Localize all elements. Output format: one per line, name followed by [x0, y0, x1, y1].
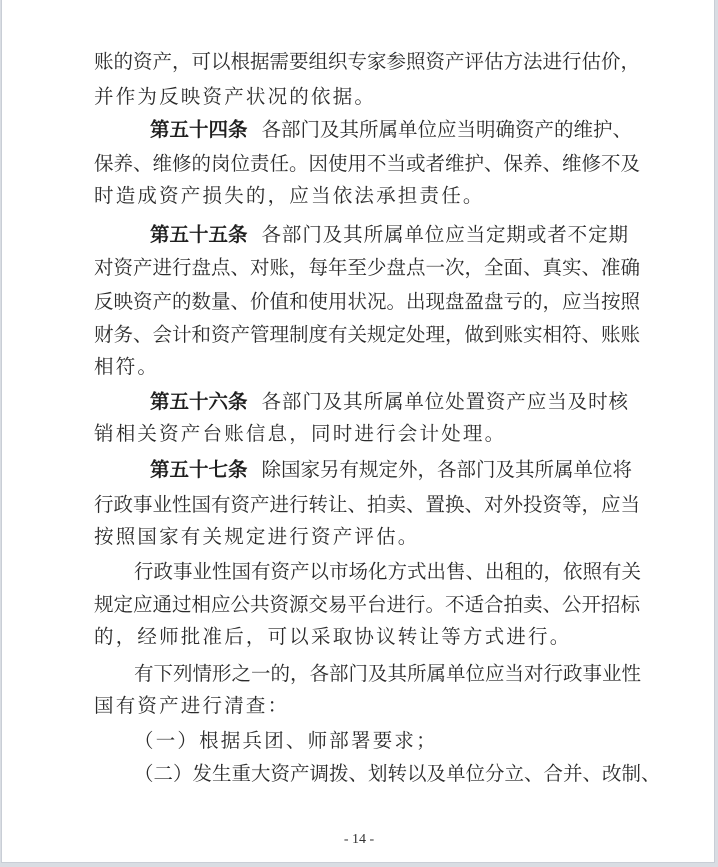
article-57-heading-line: 第五十七条除国家另有规定外，各部门及其所属单位将 [150, 458, 628, 482]
text-line: 账的资产，可以根据需要组织专家参照资产评估方法进行估价， [94, 50, 628, 74]
article-number: 第五十六条 [150, 390, 248, 414]
line-text: 并作为反映资产状况的依据。 [94, 85, 376, 108]
text-line: 规定应通过相应公共资源交易平台进行。不适合拍卖、公开招标 [94, 593, 628, 617]
list-item-1: （一）根据兵团、师部署要求； [134, 729, 628, 753]
line-text: 行政事业性国有资产进行转让、拍卖、置换、对外投资等，应当 [94, 493, 640, 516]
text-line: 对资产进行盘点、对账，每年至少盘点一次，全面、真实、准确 [94, 256, 628, 280]
line-text: 各部门及其所属单位应当明确资产的维护、 [262, 118, 633, 142]
line-text: 除国家另有规定外，各部门及其所属单位将 [262, 458, 633, 482]
line-text: （二）发生重大资产调拨、划转以及单位分立、合并、改制、 [134, 762, 661, 785]
line-text: 各部门及其所属单位处置资产应当及时核 [262, 390, 628, 414]
text-line: 行政事业性国有资产以市场化方式出售、出租的，依照有关 [134, 560, 628, 584]
text-line: 行政事业性国有资产进行转让、拍卖、置换、对外投资等，应当 [94, 493, 628, 517]
line-text: 有下列情形之一的，各部门及其所属单位应当对行政事业性 [134, 662, 641, 685]
text-line: 保养、维修的岗位责任。因使用不当或者维护、保养、维修不及 [94, 152, 628, 176]
line-text: 时造成资产损失的，应当依法承担责任。 [94, 184, 485, 207]
document-page: 账的资产，可以根据需要组织专家参照资产评估方法进行估价， 并作为反映资产状况的依… [1, 0, 715, 863]
article-56-heading-line: 第五十六条各部门及其所属单位处置资产应当及时核 [150, 390, 628, 414]
page-number: - 14 - [2, 832, 716, 848]
article-number: 第五十五条 [150, 223, 248, 247]
line-text: 国有资产进行清查： [94, 694, 289, 717]
line-text: 行政事业性国有资产以市场化方式出售、出租的，依照有关 [134, 560, 641, 583]
line-text: 销相关资产台账信息，同时进行会计处理。 [94, 422, 506, 445]
text-line: 财务、会计和资产管理制度有关规定处理，做到账实相符、账账 [94, 323, 628, 347]
line-text: 对资产进行盘点、对账，每年至少盘点一次，全面、真实、准确 [94, 256, 640, 279]
list-item-2: （二）发生重大资产调拨、划转以及单位分立、合并、改制、 [134, 762, 628, 786]
line-text: 按照国家有关规定进行资产评估。 [94, 525, 420, 548]
line-text: （一）根据兵团、师部署要求； [134, 729, 438, 752]
text-line: 销相关资产台账信息，同时进行会计处理。 [94, 422, 628, 446]
article-number: 第五十四条 [150, 118, 248, 142]
line-text: 相符。 [94, 355, 159, 378]
line-text: 各部门及其所属单位应当定期或者不定期 [262, 223, 628, 247]
text-line: 时造成资产损失的，应当依法承担责任。 [94, 184, 628, 208]
line-text: 的，经师批准后，可以采取协议转让等方式进行。 [94, 625, 571, 648]
text-line: 并作为反映资产状况的依据。 [94, 85, 628, 109]
article-number: 第五十七条 [150, 458, 248, 482]
line-text: 规定应通过相应公共资源交易平台进行。不适合拍卖、公开招标 [94, 593, 640, 616]
text-line: 相符。 [94, 355, 628, 379]
article-55-heading-line: 第五十五条各部门及其所属单位应当定期或者不定期 [150, 223, 628, 247]
text-line: 反映资产的数量、价值和使用状况。出现盘盈盘亏的，应当按照 [94, 290, 628, 314]
line-text: 财务、会计和资产管理制度有关规定处理，做到账实相符、账账 [94, 323, 640, 346]
text-line: 有下列情形之一的，各部门及其所属单位应当对行政事业性 [134, 662, 628, 686]
line-text: 反映资产的数量、价值和使用状况。出现盘盈盘亏的，应当按照 [94, 290, 640, 313]
text-line: 国有资产进行清查： [94, 694, 628, 718]
text-line: 按照国家有关规定进行资产评估。 [94, 525, 628, 549]
line-text: 账的资产，可以根据需要组织专家参照资产评估方法进行估价， [94, 50, 640, 73]
text-line: 的，经师批准后，可以采取协议转让等方式进行。 [94, 625, 628, 649]
article-54-heading-line: 第五十四条各部门及其所属单位应当明确资产的维护、 [150, 118, 628, 142]
line-text: 保养、维修的岗位责任。因使用不当或者维护、保养、维修不及 [94, 152, 640, 175]
